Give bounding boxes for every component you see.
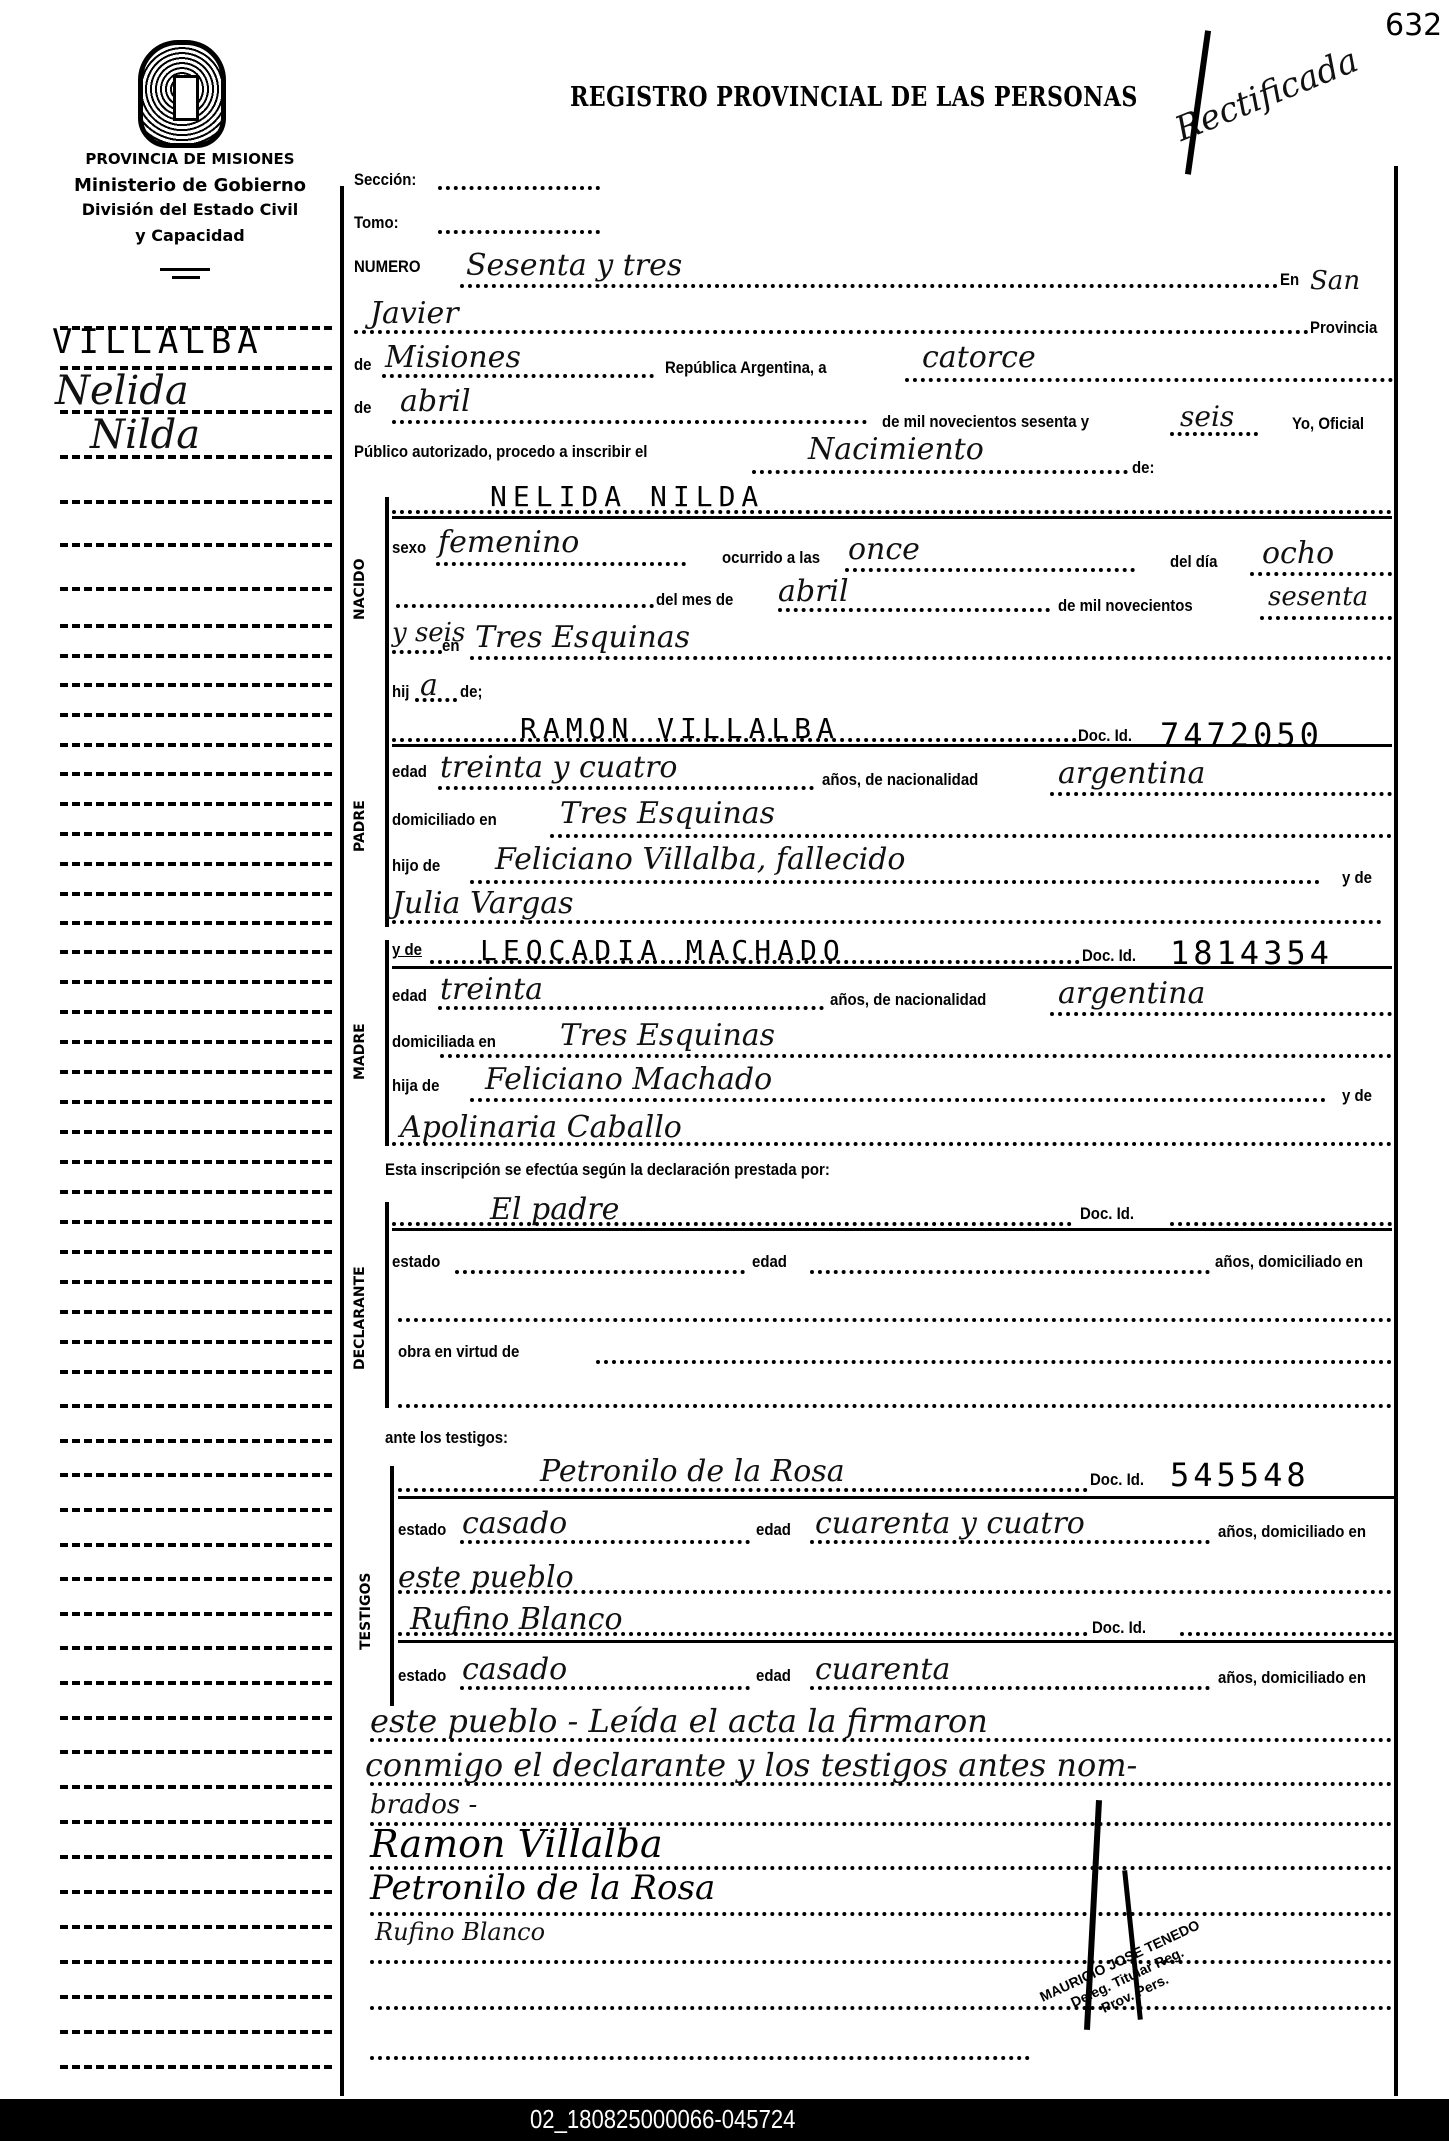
closing-line-1: este pueblo - Leída el acta la firmaron [370,1702,988,1740]
padre-edad-label: edad [392,762,427,782]
nacido-name[interactable]: NELIDA NILDA [490,480,764,513]
declarante-dom-field[interactable] [398,1318,1392,1322]
madre-madre-value[interactable]: Apolinaria Caballo [400,1110,682,1145]
madre-dom-label: domiciliada en [392,1032,496,1052]
testigo-1-name[interactable]: Petronilo de la Rosa [540,1454,845,1489]
numero-value[interactable]: Sesenta y tres [466,248,682,283]
padre-hijo-label: hijo de [392,856,440,876]
anio-label: de mil novecientos [1058,596,1193,616]
signature-petronilo: Petronilo de la Rosa [370,1868,715,1908]
testigo-1-doc-label: Doc. Id. [1090,1470,1144,1490]
declarante-dom-label: años, domiciliado en [1215,1252,1363,1272]
sexo-value[interactable]: femenino [438,525,579,560]
republica-label: República Argentina, a [665,358,827,378]
declarante-doc-label: Doc. Id. [1080,1204,1134,1224]
nacido-section-label: NACIDO [352,558,368,620]
org-province: PROVINCIA DE MISIONES [40,150,340,168]
declarante-estado-label: estado [392,1252,440,1272]
org-divider [160,268,210,271]
provincia-label: Provincia [1310,318,1377,338]
oficial-label: Yo, Oficial [1292,414,1364,434]
publico-label: Público autorizado, procedo a inscribir … [354,442,647,462]
official-stamp: MAURICIO JOSE TENEDO Deleg. Titular Reg.… [1037,1916,1218,2039]
madre-yde-label: y de [392,940,422,960]
declarante-edad-field[interactable] [810,1270,1210,1274]
provincia-value[interactable]: Misiones [385,340,521,375]
numero-label: NUMERO [354,257,420,277]
padre-dom-value[interactable]: Tres Esquinas [560,796,775,831]
padre-dom-label: domiciliado en [392,810,497,830]
testigo-1-edad-value[interactable]: cuarenta y cuatro [815,1506,1085,1541]
declarante-obra-field[interactable] [596,1360,1392,1364]
provincial-crest-icon [138,40,226,148]
testigo-1-dom-label: años, domiciliado en [1218,1522,1366,1542]
right-border [1394,166,1398,2096]
margin-surname: VILLALBA [52,322,264,362]
testigo-2-estado-value[interactable]: casado [462,1652,567,1687]
testigo-1-estado-value[interactable]: casado [462,1506,567,1541]
mes-label: del mes de [656,590,733,610]
madre-dom-value[interactable]: Tres Esquinas [560,1018,775,1053]
padre-nac-label: años, de nacionalidad [822,770,978,790]
testigo-1-edad-label: edad [756,1520,791,1540]
testigo-1-estado-label: estado [398,1520,446,1540]
madre-nac-value[interactable]: argentina [1058,976,1205,1011]
testigo-2-estado-label: estado [398,1666,446,1686]
declarante-intro: Esta inscripción se efectúa según la dec… [385,1160,830,1180]
testigo-2-doc-field[interactable] [1180,1632,1392,1636]
de-label: de [354,355,371,375]
seccion-label: Sección: [354,170,416,190]
padre-doc-value[interactable]: 7472050 [1160,716,1323,754]
tomo-field[interactable] [438,230,600,234]
declarante-section-label: DECLARANTE [352,1266,368,1370]
madre-doc-label: Doc. Id. [1082,946,1136,966]
madre-nac-label: años, de nacionalidad [830,990,986,1010]
anio-value[interactable]: sesenta [1268,582,1368,612]
margin-given-2: Nilda [90,412,200,458]
padre-nac-value[interactable]: argentina [1058,756,1205,791]
testigo-1-doc-value[interactable]: 545548 [1170,1456,1310,1494]
hij-de-label: de; [460,682,482,702]
document-id: 02_180825000066-045724 [530,2104,795,2135]
padre-edad-value[interactable]: treinta y cuatro [440,750,678,785]
testigo-2-edad-value[interactable]: cuarenta [815,1652,950,1687]
padre-section-label: PADRE [352,800,368,852]
hij-label: hij [392,682,409,702]
mes-value[interactable]: abril [778,574,849,609]
de2-label: de [354,398,371,418]
dia-value[interactable]: ocho [1262,536,1334,571]
testigo-2-doc-label: Doc. Id. [1092,1618,1146,1638]
madre-section-label: MADRE [352,1023,368,1080]
hora-label: ocurrido a las [722,548,820,568]
declarante-estado-field[interactable] [455,1270,745,1274]
madre-hija-label: hija de [392,1076,439,1096]
year-label: de mil novecientos sesenta y [882,412,1089,432]
declarante-doc-field[interactable] [1170,1222,1392,1226]
signature-rufino: Rufino Blanco [375,1918,545,1946]
lugar-value[interactable]: Tres Esquinas [475,620,690,655]
testigos-intro: ante los testigos: [385,1428,508,1448]
org-division: División del Estado Civil [40,200,340,219]
org-capacidad: y Capacidad [40,226,340,245]
testigos-section-label: TESTIGOS [358,1573,374,1650]
sexo-label: sexo [392,538,426,558]
padre-doc-label: Doc. Id. [1078,726,1132,746]
en-label: En [1280,270,1299,290]
padre-madre-value[interactable]: Julia Vargas [392,886,574,921]
signature-ramon-villalba: Ramon Villalba [370,1822,663,1866]
org-divider-2 [172,276,200,279]
lugar-label: en [442,636,459,656]
en-value[interactable]: San [1310,266,1360,296]
de3-label: de: [1132,458,1154,478]
closing-line-3: brados - [370,1790,477,1820]
city-value[interactable]: Javier [370,296,459,331]
padre-hijo-value[interactable]: Feliciano Villalba, fallecido [495,842,905,877]
month-value[interactable]: abril [400,384,471,419]
year-value[interactable]: seis [1180,400,1234,433]
padre-yde-label: y de [1342,868,1372,888]
madre-edad-label: edad [392,986,427,1006]
declarante-obra-label: obra en virtud de [398,1342,519,1362]
day-value[interactable]: catorce [922,340,1036,375]
madre-edad-value[interactable]: treinta [440,972,543,1007]
document-title: REGISTRO PROVINCIAL DE LAS PERSONAS [570,82,1138,113]
closing-line-2: conmigo el declarante y los testigos ant… [365,1746,1137,1784]
declarante-edad-label: edad [752,1252,787,1272]
dia-label: del día [1170,552,1217,572]
margin-given-1: Nelida [55,368,189,414]
margin-line [60,455,332,459]
org-ministry: Ministerio de Gobierno [40,175,340,196]
margin-divider [340,186,344,2096]
page-number: 632 [1385,8,1442,43]
madre-yde2-label: y de [1342,1086,1372,1106]
tomo-label: Tomo: [354,213,399,233]
madre-hija-value[interactable]: Feliciano Machado [485,1062,772,1097]
seccion-field[interactable] [438,186,600,190]
testigo-2-edad-label: edad [756,1666,791,1686]
hora-value[interactable]: once [848,532,920,567]
testigo-2-dom-label: años, domiciliado en [1218,1668,1366,1688]
acto-value[interactable]: Nacimiento [808,432,984,467]
